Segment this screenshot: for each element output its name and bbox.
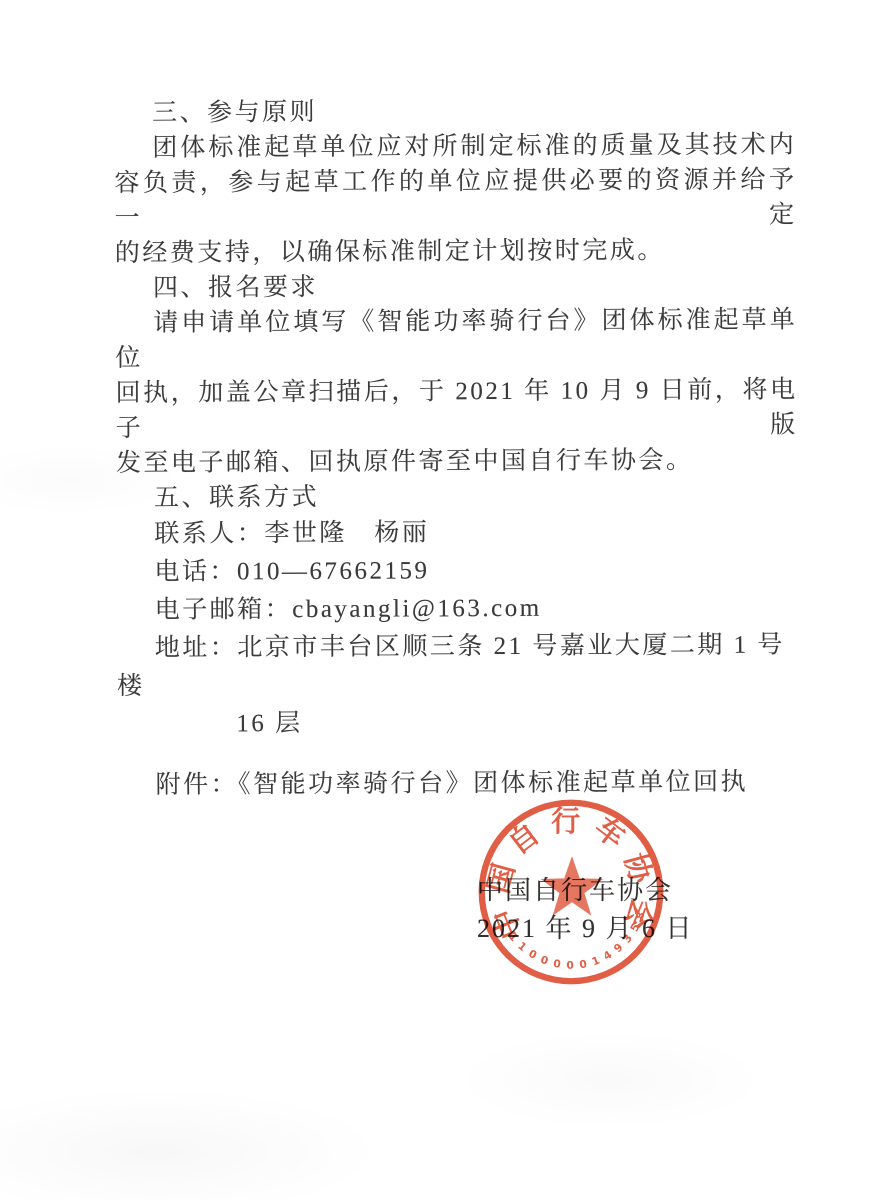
paragraph-line: 回执，加盖公章扫描后，于 2021 年 10 月 9 日前，将电子版 xyxy=(115,372,797,446)
paragraph-line: 请申请单位填写《智能功率骑行台》团体标准起草单位 xyxy=(115,302,797,376)
document-body: 三、参与原则 团体标准起草单位应对所制定标准的质量及其技术内 容负责，参与起草工… xyxy=(114,92,800,803)
address-line-2: 16 层 xyxy=(117,702,799,744)
seal-star-icon xyxy=(541,856,604,916)
address-line-1: 地址：北京市丰台区顺三条 21 号嘉业大厦二期 1 号楼 xyxy=(117,626,799,706)
scanned-document-page: 三、参与原则 团体标准起草单位应对所制定标准的质量及其技术内 容负责，参与起草工… xyxy=(0,0,872,1200)
section-5-heading: 五、联系方式 xyxy=(116,477,798,516)
phone-line: 电话：010—67662159 xyxy=(116,550,798,592)
contact-person-line: 联系人：李世隆 杨丽 xyxy=(116,512,798,554)
paragraph-line: 容负责，参与起草工作的单位应提供必要的资源并给予一定 xyxy=(114,162,796,236)
section-4-heading: 四、报名要求 xyxy=(115,267,797,306)
section-3-heading: 三、参与原则 xyxy=(114,92,796,131)
paragraph-line: 的经费支持，以确保标准制定计划按时完成。 xyxy=(115,232,797,271)
email-line: 电子邮箱：cbayangli@163.com xyxy=(117,588,799,630)
paragraph-line: 团体标准起草单位应对所制定标准的质量及其技术内 xyxy=(114,127,796,166)
attachment-line: 附件：《智能功率骑行台》团体标准起草单位回执 xyxy=(118,764,800,803)
official-seal: 中国自行车协会 1100000149358 xyxy=(474,795,668,989)
paragraph-line: 发至电子邮箱、回执原件寄至中国自行车协会。 xyxy=(116,442,798,481)
